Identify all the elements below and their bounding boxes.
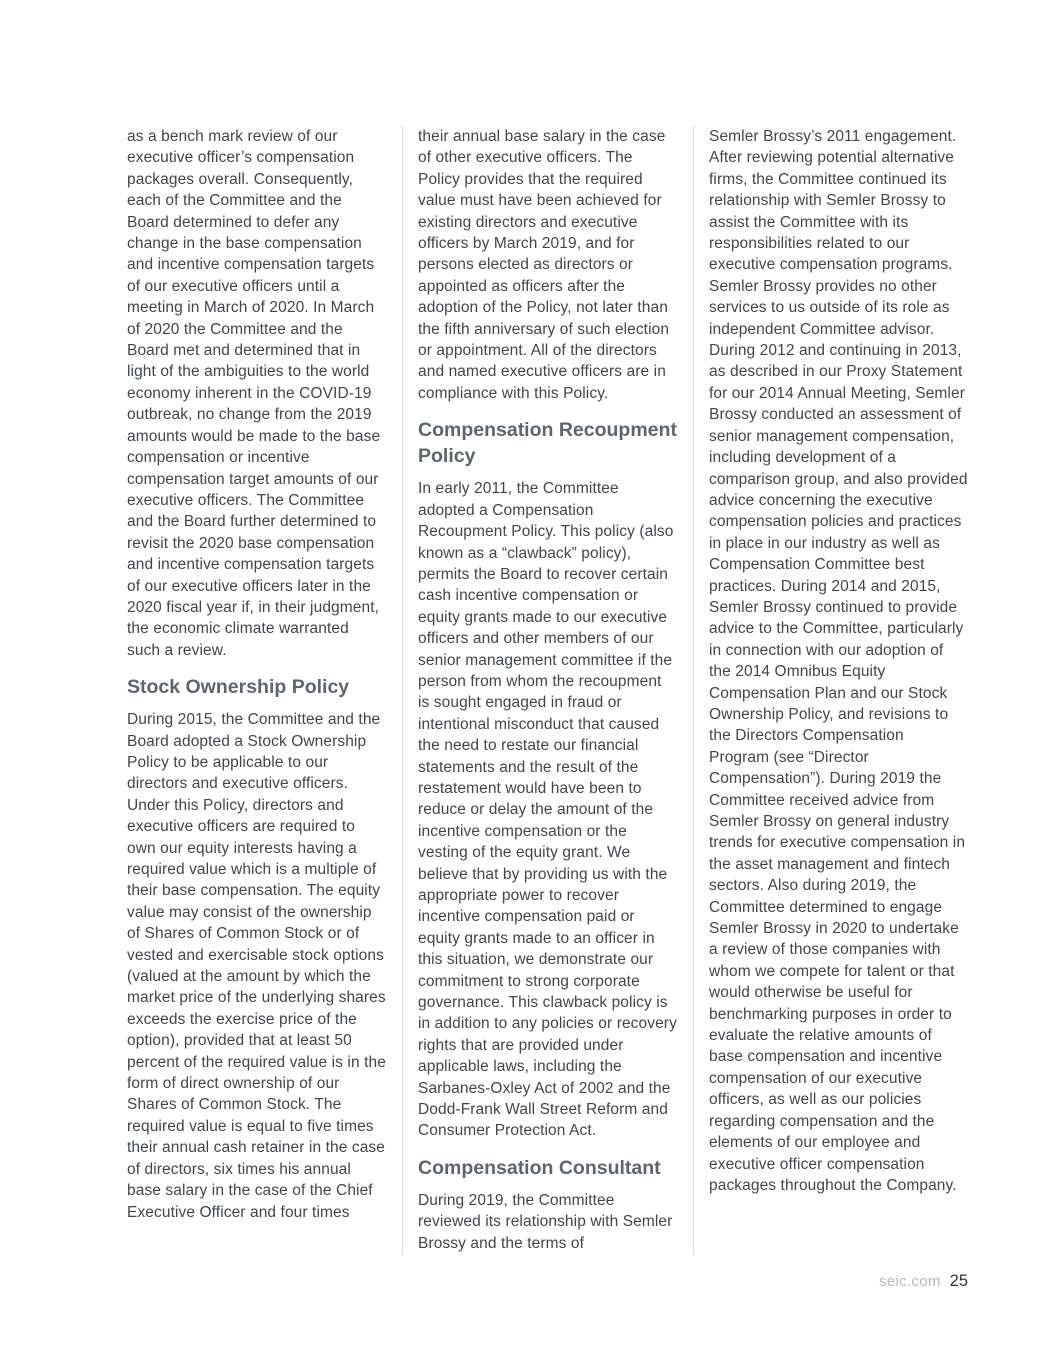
site-url: seic.com: [879, 1273, 941, 1290]
paragraph-compensation-consultant-continued: Semler Brossy’s 2011 engagement. After r…: [709, 126, 968, 1196]
page-number: 25: [950, 1272, 968, 1290]
document-page: as a bench mark review of our executive …: [0, 0, 1048, 1365]
paragraph-stock-ownership-policy-continued: their annual base salary in the case of …: [418, 126, 677, 404]
section-heading-stock-ownership-policy: Stock Ownership Policy: [127, 674, 386, 700]
column-2: their annual base salary in the case of …: [402, 126, 677, 1254]
paragraph-compensation-recoupment-policy: In early 2011, the Committee adopted a C…: [418, 478, 677, 1142]
paragraph-compensation-consultant: During 2019, the Committee reviewed its …: [418, 1190, 677, 1254]
column-1: as a bench mark review of our executive …: [127, 126, 386, 1254]
section-heading-compensation-consultant: Compensation Consultant: [418, 1155, 677, 1181]
paragraph-stock-ownership-policy: During 2015, the Committee and the Board…: [127, 709, 386, 1223]
paragraph-continued-from-previous-page: as a bench mark review of our executive …: [127, 126, 386, 661]
section-heading-compensation-recoupment-policy: Compensation Recoupment Policy: [418, 417, 677, 469]
column-3: Semler Brossy’s 2011 engagement. After r…: [693, 126, 968, 1254]
page-footer: seic.com25: [879, 1272, 968, 1291]
three-column-layout: as a bench mark review of our executive …: [127, 126, 968, 1254]
